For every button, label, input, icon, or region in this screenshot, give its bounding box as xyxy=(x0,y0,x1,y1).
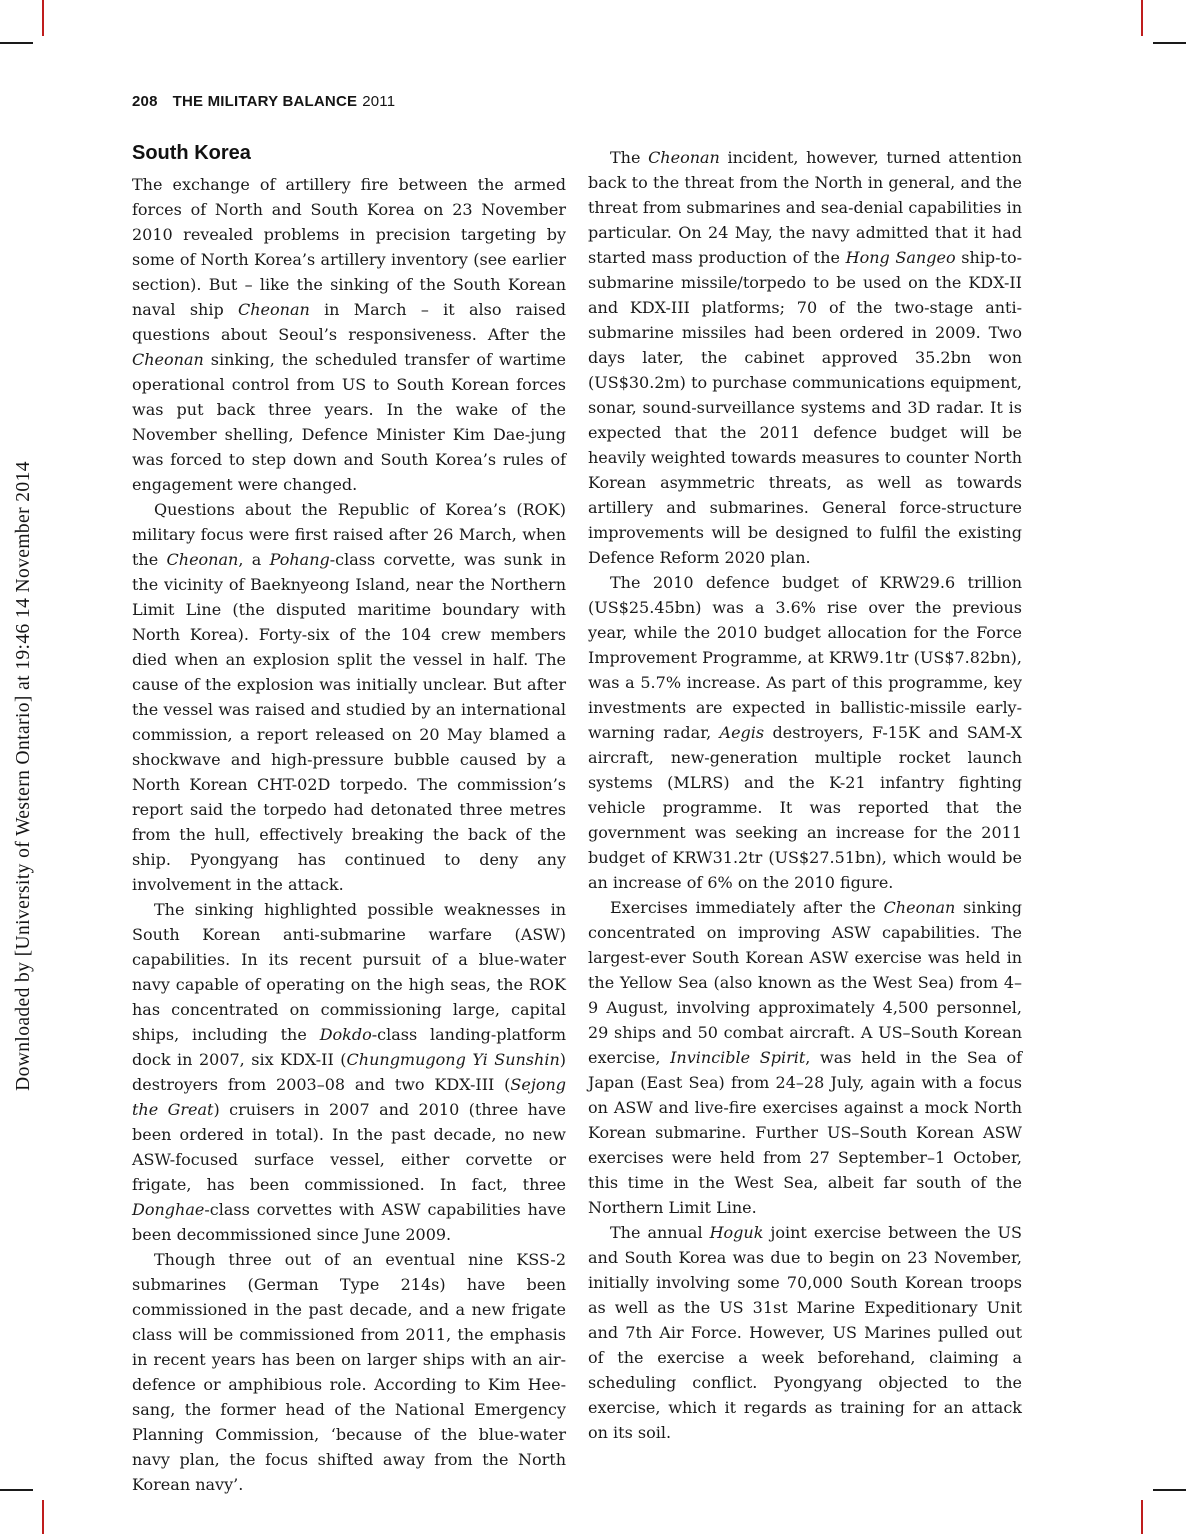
paragraph: Questions about the Republic of Korea’s … xyxy=(132,497,566,897)
italic-text: Cheonan xyxy=(167,550,239,569)
book-title: THE MILITARY BALANCE xyxy=(173,93,358,110)
page: { "page": { "header": { "page_number": "… xyxy=(0,0,1186,1534)
paragraph: Though three out of an eventual nine KSS… xyxy=(132,1247,566,1497)
crop-mark-top-right-horizontal xyxy=(1153,42,1186,44)
italic-text: Hong Sangeo xyxy=(846,248,956,267)
italic-text: Cheonan xyxy=(884,898,956,917)
italic-text: Cheonan xyxy=(132,350,204,369)
paragraph: The sinking highlighted possible weaknes… xyxy=(132,897,566,1247)
crop-mark-bottom-left-vertical xyxy=(42,1500,44,1534)
italic-text: Chungmugong Yi Sunshin xyxy=(347,1050,560,1069)
right-column: The Cheonan incident, however, turned at… xyxy=(588,145,1022,1445)
section-heading: South Korea xyxy=(132,140,566,166)
download-watermark: Downloaded by [University of Western Ont… xyxy=(13,461,35,1091)
italic-text: Hoguk xyxy=(710,1223,764,1242)
italic-text: Dokdo xyxy=(320,1025,372,1044)
crop-mark-bottom-right-horizontal xyxy=(1153,1489,1186,1491)
running-head: 208THE MILITARY BALANCE2011 xyxy=(132,93,395,110)
italic-text: Pohang xyxy=(270,550,330,569)
paragraph: Exercises immediately after the Cheonan … xyxy=(588,895,1022,1220)
left-column-paragraphs: The exchange of artillery fire between t… xyxy=(132,172,566,1497)
paragraph: The annual Hoguk joint exercise between … xyxy=(588,1220,1022,1445)
crop-mark-bottom-right-vertical xyxy=(1141,1500,1143,1534)
italic-text: Invincible Spirit xyxy=(670,1048,805,1067)
left-column: South Korea The exchange of artillery fi… xyxy=(132,140,566,1497)
crop-mark-top-left-horizontal xyxy=(0,42,33,44)
italic-text: Cheonan xyxy=(238,300,310,319)
italic-text: Donghae xyxy=(132,1200,204,1219)
italic-text: Sejong the Great xyxy=(132,1075,566,1119)
crop-mark-top-right-vertical xyxy=(1141,0,1143,36)
right-column-paragraphs: The Cheonan incident, however, turned at… xyxy=(588,145,1022,1445)
book-year: 2011 xyxy=(362,93,395,110)
crop-mark-top-left-vertical xyxy=(42,0,44,36)
paragraph: The 2010 defence budget of KRW29.6 trill… xyxy=(588,570,1022,895)
italic-text: Aegis xyxy=(720,723,765,742)
italic-text: Cheonan xyxy=(648,148,720,167)
paragraph: The exchange of artillery fire between t… xyxy=(132,172,566,497)
page-number: 208 xyxy=(132,93,158,110)
crop-mark-bottom-left-horizontal xyxy=(0,1489,33,1491)
paragraph: The Cheonan incident, however, turned at… xyxy=(588,145,1022,570)
